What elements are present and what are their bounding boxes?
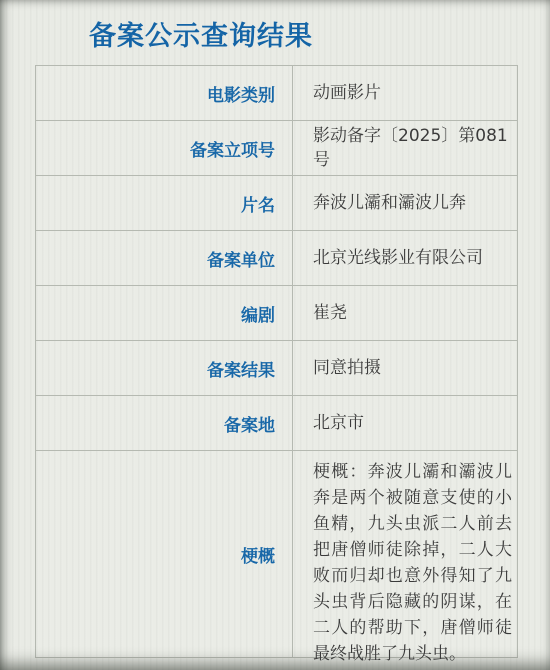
table-row-film-category: 电影类别 动画影片 xyxy=(36,66,517,121)
row-label: 备案单位 xyxy=(36,231,293,285)
row-label: 编剧 xyxy=(36,286,293,340)
page-title: 备案公示查询结果 xyxy=(89,20,313,54)
table-row-registration-unit: 备案单位 北京光线影业有限公司 xyxy=(36,231,517,286)
registration-query-result-page: { "page": { "title": "备案公示查询结果" }, "colo… xyxy=(0,0,550,670)
row-value: 动画影片 xyxy=(293,66,517,120)
row-label: 片名 xyxy=(36,176,293,230)
row-label: 备案地 xyxy=(36,396,293,450)
row-label: 备案立项号 xyxy=(36,121,293,175)
row-label: 梗概 xyxy=(36,451,293,657)
row-value: 影动备字〔2025〕第081号 xyxy=(293,121,517,175)
row-value: 同意拍摄 xyxy=(293,341,517,395)
table-row-synopsis: 梗概 梗概：奔波儿灞和灞波儿奔是两个被随意支使的小鱼精，九头虫派二人前去把唐僧师… xyxy=(36,451,517,657)
row-value: 梗概：奔波儿灞和灞波儿奔是两个被随意支使的小鱼精，九头虫派二人前去把唐僧师徒除掉… xyxy=(293,451,517,657)
table-row-registration-result: 备案结果 同意拍摄 xyxy=(36,341,517,396)
row-value: 奔波儿灞和灞波儿奔 xyxy=(293,176,517,230)
row-value: 北京市 xyxy=(293,396,517,450)
table-row-registration-place: 备案地 北京市 xyxy=(36,396,517,451)
table-row-screenwriter: 编剧 崔尧 xyxy=(36,286,517,341)
registration-result-table: 电影类别 动画影片 备案立项号 影动备字〔2025〕第081号 片名 奔波儿灞和… xyxy=(35,65,518,658)
row-value: 北京光线影业有限公司 xyxy=(293,231,517,285)
table-row-registration-number: 备案立项号 影动备字〔2025〕第081号 xyxy=(36,121,517,176)
row-label: 电影类别 xyxy=(36,66,293,120)
table-row-film-title: 片名 奔波儿灞和灞波儿奔 xyxy=(36,176,517,231)
row-label: 备案结果 xyxy=(36,341,293,395)
row-value: 崔尧 xyxy=(293,286,517,340)
